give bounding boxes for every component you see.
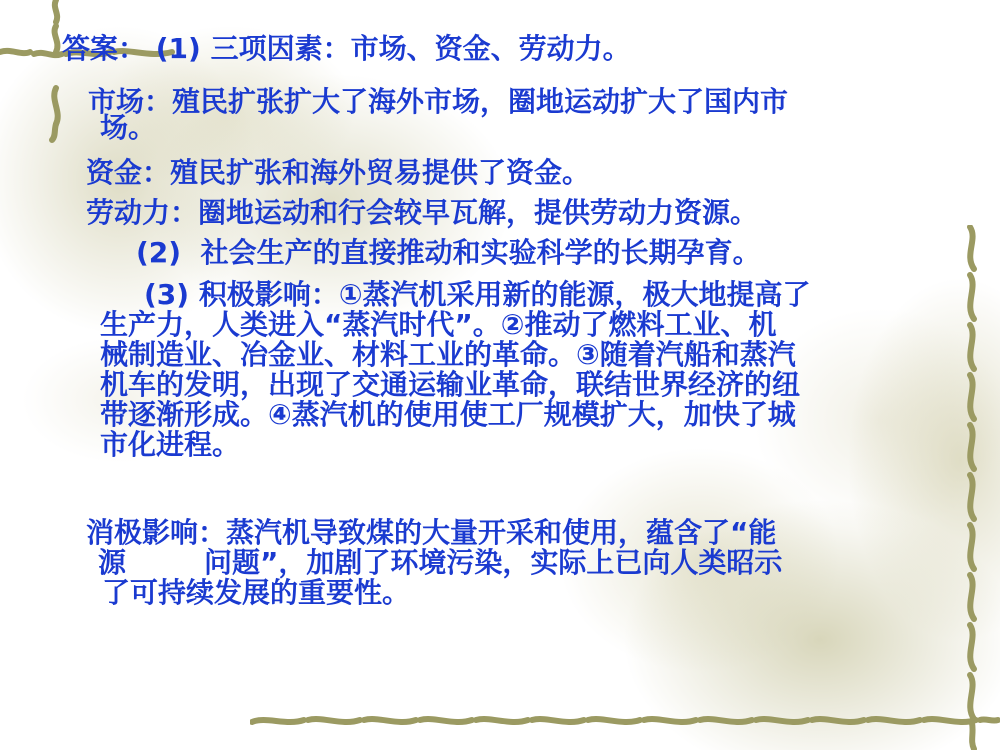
answer-heading: 答案： (1) 三项因素：市场、资金、劳动力。 bbox=[62, 34, 631, 64]
negative-impact-line: 了可持续发展的重要性。 bbox=[86, 578, 926, 608]
positive-impact-line: (3) 积极影响：①蒸汽机采用新的能源，极大地提高了 bbox=[100, 280, 940, 310]
positive-impact-line: 机车的发明，出现了交通运输业革命，联结世界经济的纽 bbox=[100, 370, 940, 400]
negative-impact-paragraph: 消极影响：蒸汽机导致煤的大量开采和使用，蕴含了“能 源 问题”，加剧了环境污染，… bbox=[86, 518, 926, 608]
labor-line: 劳动力：圈地运动和行会较早瓦解，提供劳动力资源。 bbox=[86, 198, 758, 228]
positive-impact-line: 械制造业、冶金业、材料工业的革命。③随着汽船和蒸汽 bbox=[100, 340, 940, 370]
positive-impact-line: 市化进程。 bbox=[100, 430, 940, 460]
capital-line: 资金：殖民扩张和海外贸易提供了资金。 bbox=[86, 158, 590, 188]
market-line-2: 场。 bbox=[100, 113, 156, 143]
positive-impact-line: 带逐渐形成。④蒸汽机的使用使工厂规模扩大，加快了城 bbox=[100, 400, 940, 430]
negative-impact-line: 源 问题”，加剧了环境污染，实际上已向人类昭示 bbox=[86, 548, 926, 578]
positive-impact-paragraph: (3) 积极影响：①蒸汽机采用新的能源，极大地提高了 生产力，人类进入“蒸汽时代… bbox=[100, 280, 940, 460]
point-2-line: (2) 社会生产的直接推动和实验科学的长期孕育。 bbox=[136, 238, 761, 268]
market-line-1: 市场：殖民扩张扩大了海外市场，圈地运动扩大了国内市 bbox=[88, 87, 788, 117]
slide-content: 答案： (1) 三项因素：市场、资金、劳动力。 市场：殖民扩张扩大了海外市场，圈… bbox=[0, 0, 1000, 750]
positive-impact-line: 生产力，人类进入“蒸汽时代”。②推动了燃料工业、机 bbox=[100, 310, 940, 340]
negative-impact-line: 消极影响：蒸汽机导致煤的大量开采和使用，蕴含了“能 bbox=[86, 518, 926, 548]
